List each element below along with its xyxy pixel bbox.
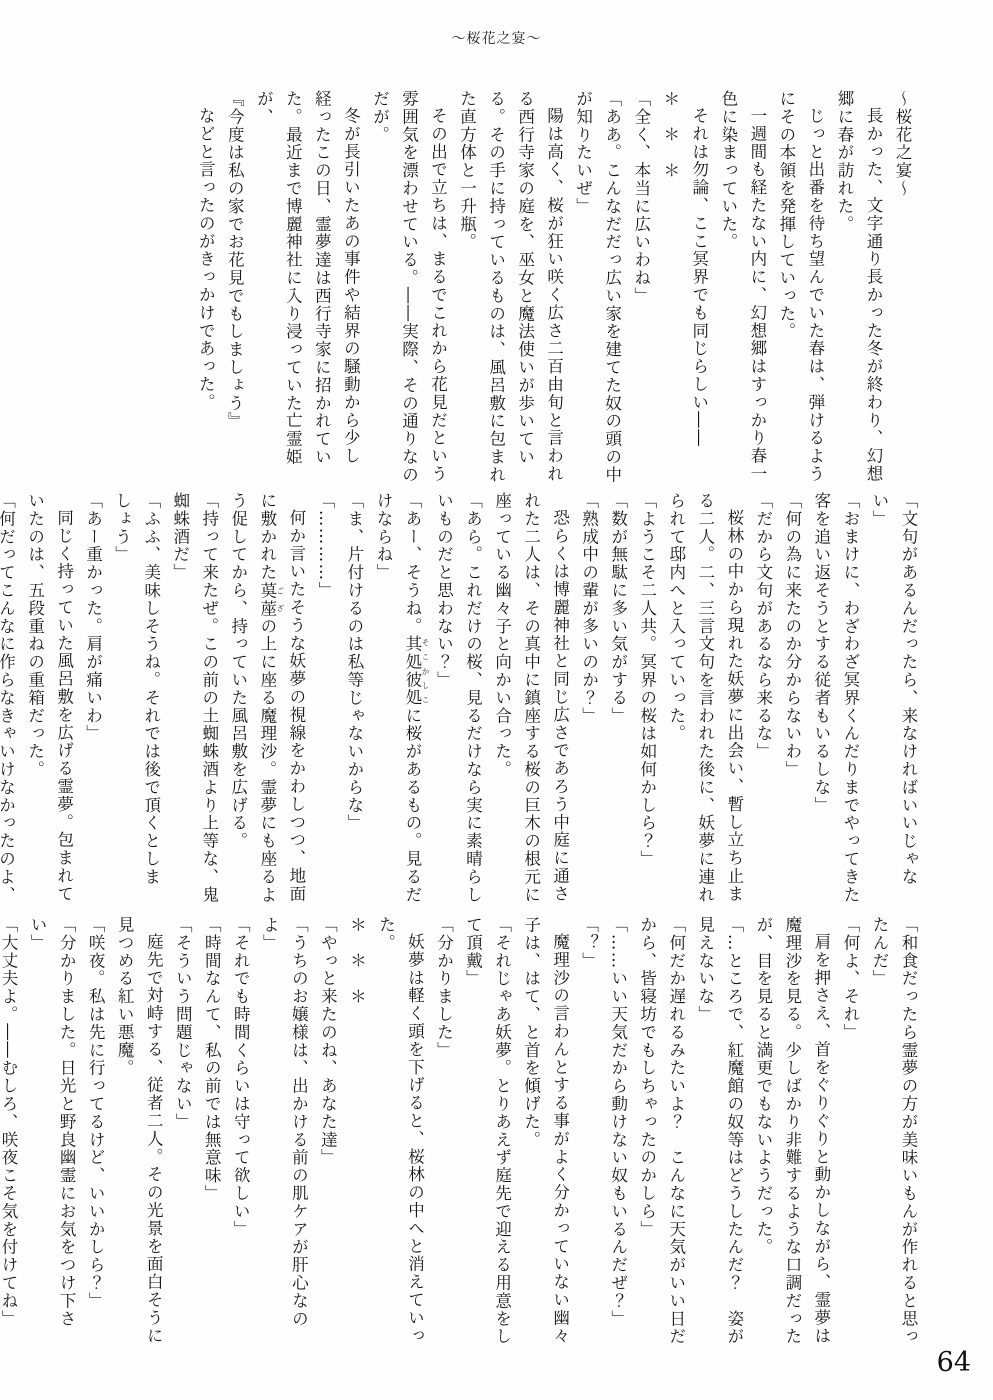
text-section-middle: 「文句があるんだったら、来なければいいじゃない」「おまけに、わざわざ冥界くんだり… [68, 492, 923, 912]
story-paragraph: 「分かりました。日光と野良幽霊にお気をつけ下さい」 [23, 916, 81, 1348]
story-paragraph: 庭先で対峙する、従者二人。その光景を面白そうに見つめる紅い悪魔。 [110, 916, 168, 1348]
story-paragraph: それは勿論、ここ冥界でも同じらしい―― [685, 90, 714, 486]
story-paragraph: 「何だか遅れるみたいよ？ こんなに天気がいい日だから、皆寝坊でもしちゃったのかし… [633, 916, 691, 1348]
scene-separator: ＊ ＊ ＊ [656, 90, 685, 486]
story-paragraph: 長かった、文字通り長かった冬が終わり、幻想郷に春が訪れた。 [830, 90, 888, 486]
document-page: ～桜花之宴～ ～桜花之宴～長かった、文字通り長かった冬が終わり、幻想郷に春が訪れ… [0, 0, 993, 1400]
story-paragraph: 「咲夜。私は先に行ってるけど、いいかしら？」 [81, 916, 110, 1348]
story-paragraph: 「文句があるんだったら、来なければいいじゃない」 [865, 492, 923, 912]
story-paragraph: 「おまけに、わざわざ冥界くんだりまでやってきた客を追い返そうとする従者もいるしな… [807, 492, 865, 912]
story-paragraph: 「…………」 [311, 492, 340, 912]
story-paragraph: 「大丈夫よ。――むしろ、咲夜こそ気を付けてね」 [0, 916, 23, 1348]
story-paragraph: 桜林の中から現れた妖夢に出会い、暫し立ち止まる二人。二、三言文句を言われた後に、… [662, 492, 749, 912]
story-paragraph: 「うちのお嬢様は、出かける前の肌ケアが肝心なのよ」 [255, 916, 313, 1348]
story-paragraph: 恐らくは博麗神社と同じ広さであろう中庭に通された二人は、その真中に鎮座する桜の巨… [488, 492, 575, 912]
story-paragraph: 「？」 [575, 916, 604, 1348]
page-number: 64 [937, 1347, 971, 1378]
furigana-ruby: 茣蓙ござ [258, 582, 277, 618]
story-paragraph: 同じく持っていた風呂敷を広げる霊夢。包まれていたのは、五段重ねの重箱だった。 [21, 492, 79, 912]
running-head: ～桜花之宴～ [0, 28, 993, 48]
story-paragraph: その出で立ちは、まるでこれから花見だという雰囲気を漂わせている。――実際、その通… [365, 90, 452, 486]
story-paragraph: 『今度は私の家でお花見でもしましょう』 [220, 90, 249, 486]
story-paragraph: 肩を押さえ、首をぐりぐりと動かしながら、霊夢は魔理沙を見る。少しばかり非難するよ… [749, 916, 836, 1348]
story-paragraph: じっと出番を待ち望んでいた春は、弾けるようにその本領を発揮していった。 [772, 90, 830, 486]
story-paragraph: 「熟成中の輩が多いのか？」 [575, 492, 604, 912]
story-paragraph: 「全く、本当に広いわね」 [627, 90, 656, 486]
furigana-ruby: 其処彼処そこかしこ [403, 635, 422, 707]
story-paragraph: 魔理沙の言わんとする事がよく分かっていない幽々子は、はて、と首を傾げた。 [517, 916, 575, 1348]
story-paragraph: 「何の為に来たのか分からないわ」 [778, 492, 807, 912]
story-paragraph: 妖夢は軽く頭を下げると、桜林の中へと消えていった。 [371, 916, 429, 1348]
story-paragraph: 「あー重かった。肩が痛いわ」 [79, 492, 108, 912]
text-section-bottom: 「和食だったら霊夢の方が美味いもんが作れると思ったんだ」「何よ、それ」肩を押さえ… [68, 916, 923, 1348]
story-paragraph: 「それじゃあ妖夢。とりあえず庭先で迎える用意をして頂戴」 [459, 916, 517, 1348]
story-paragraph: 「和食だったら霊夢の方が美味いもんが作れると思ったんだ」 [865, 916, 923, 1348]
story-paragraph: 「分かりました」 [429, 916, 458, 1348]
story-title: ～桜花之宴～ [888, 90, 917, 486]
story-paragraph: 「持って来たぜ。この前の土蜘蛛酒より上等な、鬼蜘蛛酒だ」 [166, 492, 224, 912]
story-paragraph: 「ふふ、美味しそうね。それでは後で頂くとしましょう」 [108, 492, 166, 912]
story-paragraph: 「数が無駄に多い気がする」 [604, 492, 633, 912]
story-paragraph: 「やっと来たのね、あなた達」 [313, 916, 342, 1348]
story-paragraph: 「時間なんて、私の前では無意味」 [197, 916, 226, 1348]
scene-separator: ＊ ＊ ＊ [342, 916, 371, 1348]
story-paragraph: 「あら。これだけの桜、見るだけなら実に素晴らしいものだと思わない？」 [429, 492, 487, 912]
story-paragraph: 「ああ。こんなだだっ広い家を建てた奴の頭の中が知りたいぜ」 [569, 90, 627, 486]
story-paragraph: 「あー、そうね。其処彼処そこかしこに桜があるもの。見るだけならね」 [369, 492, 430, 912]
story-paragraph: 「何だってこんなに作らなきゃいけなかったのよ、魔理沙。料理だったらあのメイド長に… [0, 492, 21, 912]
story-paragraph: 「ま、片付けるのは私等じゃないからな」 [340, 492, 369, 912]
story-paragraph: 「何よ、それ」 [836, 916, 865, 1348]
story-paragraph: 「……いい天気だから動けない奴もいるんだぜ？」 [604, 916, 633, 1348]
story-paragraph: 「そういう問題じゃない」 [168, 916, 197, 1348]
story-paragraph: 「だから文句があるなら来るな」 [749, 492, 778, 912]
story-paragraph: 冬が長引いたあの事件や結界の騒動から少し経ったこの日、霊夢達は西行寺家に招かれて… [249, 90, 365, 486]
story-paragraph: 何か言いたそうな妖夢の視線をかわしつつ、地面に敷かれた茣蓙ござの上に座る魔理沙。… [224, 492, 311, 912]
story-paragraph: 「それでも時間くらいは守って欲しい」 [226, 916, 255, 1348]
story-paragraph: 陽は高く、桜が狂い咲く広さ二百由旬と言われる西行寺家の庭を、巫女と魔法使いが歩い… [453, 90, 569, 486]
story-paragraph: 「…ところで、紅魔館の奴等はどうしたんだ？ 姿が見えないな」 [691, 916, 749, 1348]
story-paragraph: 一週間も経たない内に、幻想郷はすっかり春一色に染まっていた。 [714, 90, 772, 486]
story-paragraph: などと言ったのがきっかけであった。 [191, 90, 220, 486]
story-paragraph: 「ようこそ二人共。冥界の桜は如何かしら？」 [633, 492, 662, 912]
text-section-top: ～桜花之宴～長かった、文字通り長かった冬が終わり、幻想郷に春が訪れた。じっと出番… [191, 90, 917, 486]
